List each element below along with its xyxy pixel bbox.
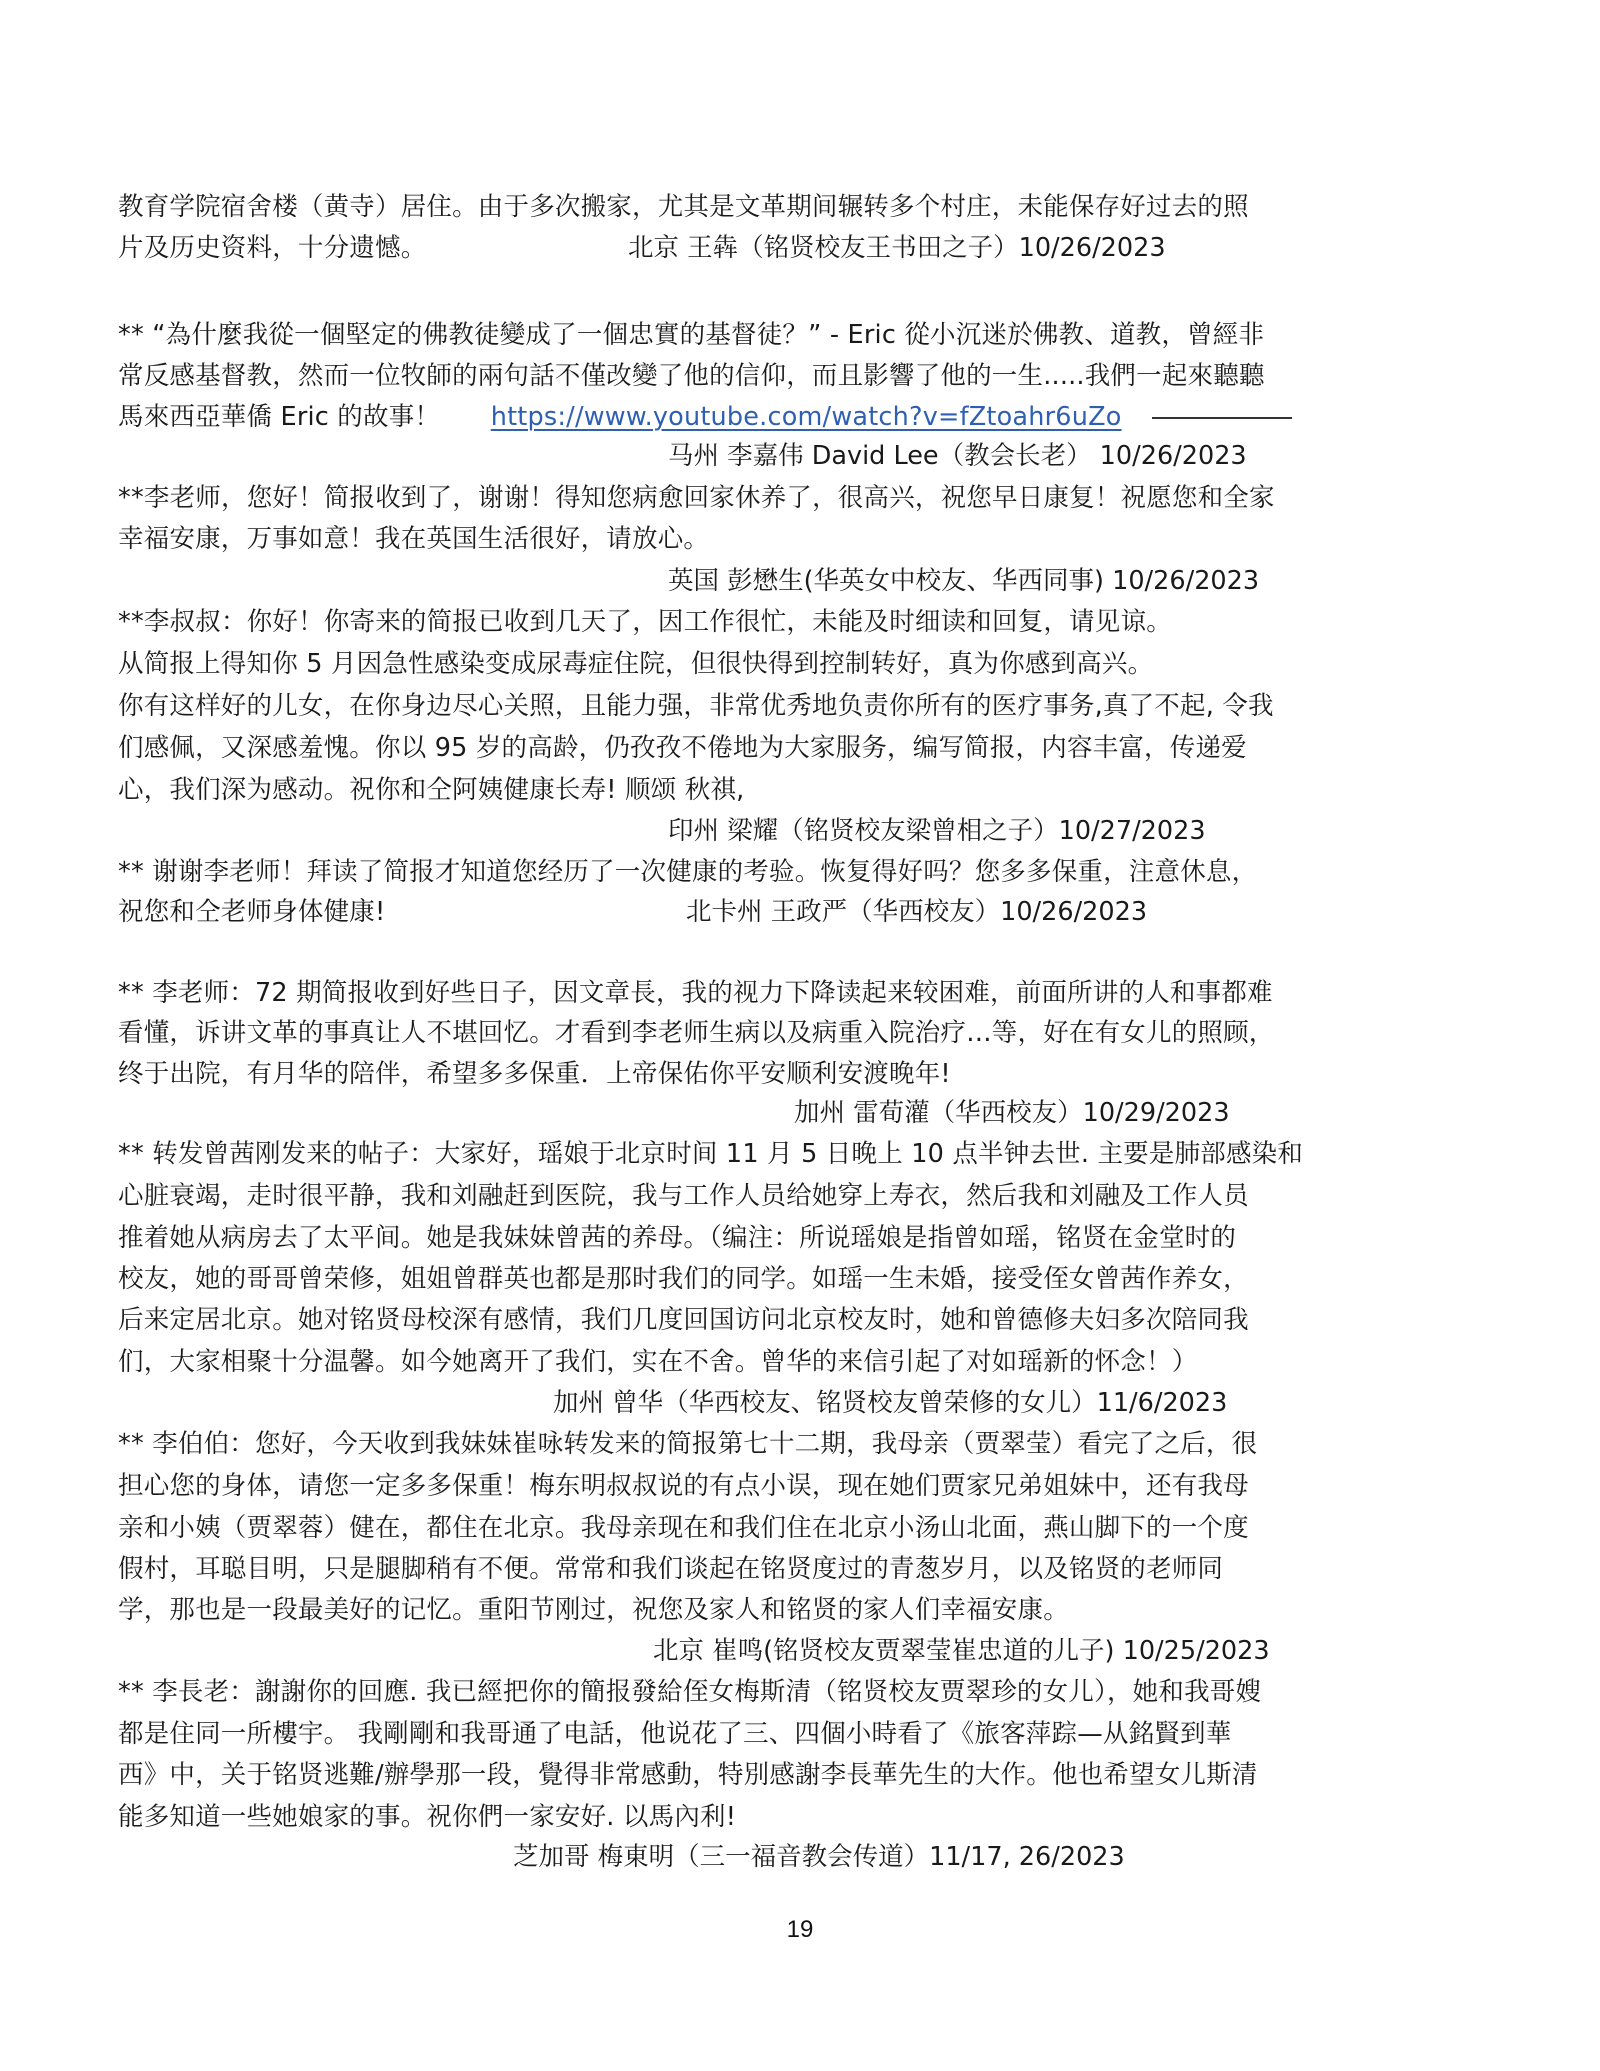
- text-line: 们，大家相聚十分温馨。如今她离开了我们，实在不舍。曾华的来信引起了对如瑶新的怀念…: [118, 1345, 1197, 1379]
- text-line: 担心您的身体，请您一定多多保重！梅东明叔叔说的有点小误，现在她们贾家兄弟姐妹中，…: [118, 1469, 1249, 1503]
- youtube-link[interactable]: https://www.youtube.com/watch?v=fZtoahr6…: [491, 402, 1122, 432]
- text-line: 你有这样好的儿女，在你身边尽心关照，且能力强，非常优秀地负责你所有的医疗事务,真…: [118, 689, 1274, 723]
- text-line: 校友，她的哥哥曾荣修，姐姐曾群英也都是那时我们的同学。如瑶一生未婚，接受侄女曾茜…: [118, 1262, 1249, 1296]
- text-line: ** “為什麼我從一個堅定的佛教徒變成了一個忠實的基督徒？” - Eric 從小…: [118, 318, 1264, 352]
- text-line: 都是住同一所樓宇。 我剛剛和我哥通了电話，他说花了三、四個小時看了《旅客萍踪—从…: [118, 1717, 1231, 1751]
- signature: 加州 雷荀灌（华西校友）10/29/2023: [794, 1096, 1230, 1130]
- text-line: ** 李長老：謝謝你的回應. 我已經把你的簡报發給侄女梅斯清（铭贤校友贾翠珍的女…: [118, 1675, 1261, 1709]
- signature: 北京 崔鸣(铭贤校友贾翠莹崔忠道的儿子) 10/25/2023: [653, 1634, 1270, 1668]
- signature: 北京 王犇（铭贤校友王书田之子）10/26/2023: [628, 231, 1166, 265]
- text-line: 后来定居北京。她对铭贤母校深有感情，我们几度回国访问北京校友时，她和曾德修夫妇多…: [118, 1303, 1249, 1337]
- text-line-with-link: 馬來西亞華僑 Eric 的故事！ https://www.youtube.com…: [118, 400, 1292, 434]
- signature: 北卡州 王政严（华西校友）10/26/2023: [686, 895, 1147, 929]
- text-line: 西》中，关于铭贤逃難/辦學那一段，覺得非常感動，特別感謝李長華先生的大作。他也希…: [118, 1758, 1258, 1792]
- signature: 印州 梁耀（铭贤校友梁曾相之子）10/27/2023: [668, 814, 1206, 848]
- text-line: **李叔叔：你好！你寄来的简报已收到几天了，因工作很忙，未能及时细读和回复，请见…: [118, 605, 1172, 639]
- document-page: 教育学院宿舍楼（黄寺）居住。由于多次搬家，尤其是文革期间辗转多个村庄，未能保存好…: [0, 0, 1600, 2071]
- text-line: 学，那也是一段最美好的记忆。重阳节刚过，祝您及家人和铭贤的家人们幸福安康。: [118, 1593, 1069, 1627]
- text-line: **李老师，您好！简报收到了，谢谢！得知您病愈回家休养了，很高兴，祝您早日康复！…: [118, 481, 1275, 515]
- text-line: ** 谢谢李老师！拜读了简报才知道您经历了一次健康的考验。恢复得好吗？您多多保重…: [118, 855, 1257, 889]
- text-line: ** 李伯伯：您好，今天收到我妹妹崔咏转发来的简报第七十二期，我母亲（贾翠莹）看…: [118, 1427, 1257, 1461]
- text-line: 终于出院，有月华的陪伴，希望多多保重．上帝保佑你平安顺利安渡晚年!: [118, 1057, 951, 1091]
- text-line: 们感佩，又深感羞愧。你以 95 岁的高龄，仍孜孜不倦地为大家服务，编写简报，内容…: [118, 731, 1247, 765]
- signature: 英国 彭懋生(华英女中校友、华西同事) 10/26/2023: [668, 564, 1259, 598]
- signature: 加州 曾华（华西校友、铭贤校友曾荣修的女儿）11/6/2023: [553, 1386, 1227, 1420]
- page-number: 19: [0, 1916, 1600, 1944]
- text-line: ** 李老师：72 期简报收到好些日子，因文章長，我的视力下降读起来较困难，前面…: [118, 976, 1273, 1010]
- text-line: 教育学院宿舍楼（黄寺）居住。由于多次搬家，尤其是文革期间辗转多个村庄，未能保存好…: [118, 190, 1249, 224]
- text-line: 从简报上得知你 5 月因急性感染变成尿毒症住院，但很快得到控制转好，真为你感到高…: [118, 647, 1153, 681]
- text-line: 常反感基督教，然而一位牧師的兩句話不僅改變了他的信仰，而且影響了他的一生....…: [118, 359, 1265, 393]
- text-line: 片及历史资料，十分遗憾。: [118, 231, 426, 265]
- text-line: 亲和小姨（贾翠蓉）健在，都住在北京。我母亲现在和我们住在北京小汤山北面，燕山脚下…: [118, 1511, 1249, 1545]
- text: 馬來西亞華僑 Eric 的故事！: [118, 402, 440, 432]
- text-line: 能多知道一些她娘家的事。祝你們一家安好. 以馬內利!: [118, 1800, 736, 1834]
- signature: 马州 李嘉伟 David Lee（教会长老） 10/26/2023: [668, 439, 1247, 473]
- dash-divider: [1152, 417, 1292, 419]
- text-line: 祝您和仝老师身体健康!: [118, 895, 385, 929]
- text-line: 心，我们深为感动。祝你和仝阿姨健康长寿! 顺颂 秋祺,: [118, 773, 744, 807]
- text-line: 看懂，诉讲文革的事真让人不堪回忆。才看到李老师生病以及病重入院治疗…等，好在有女…: [118, 1016, 1275, 1050]
- text-line: 推着她从病房去了太平间。她是我妹妹曾茜的养母。（编注：所说瑶娘是指曾如瑶，铭贤在…: [118, 1221, 1236, 1255]
- text-line: ** 转发曾茜刚发来的帖子：大家好，瑶娘于北京时间 11 月 5 日晚上 10 …: [118, 1137, 1303, 1171]
- text-line: 心脏衰竭，走时很平静，我和刘融赶到医院，我与工作人员给她穿上寿衣，然后我和刘融及…: [118, 1179, 1249, 1213]
- signature: 芝加哥 梅東明（三一福音教会传道）11/17, 26/2023: [513, 1840, 1125, 1874]
- text-line: 幸福安康，万事如意！我在英国生活很好，请放心。: [118, 522, 709, 556]
- text-line: 假村，耳聪目明，只是腿脚稍有不便。常常和我们谈起在铭贤度过的青葱岁月，以及铭贤的…: [118, 1552, 1223, 1586]
